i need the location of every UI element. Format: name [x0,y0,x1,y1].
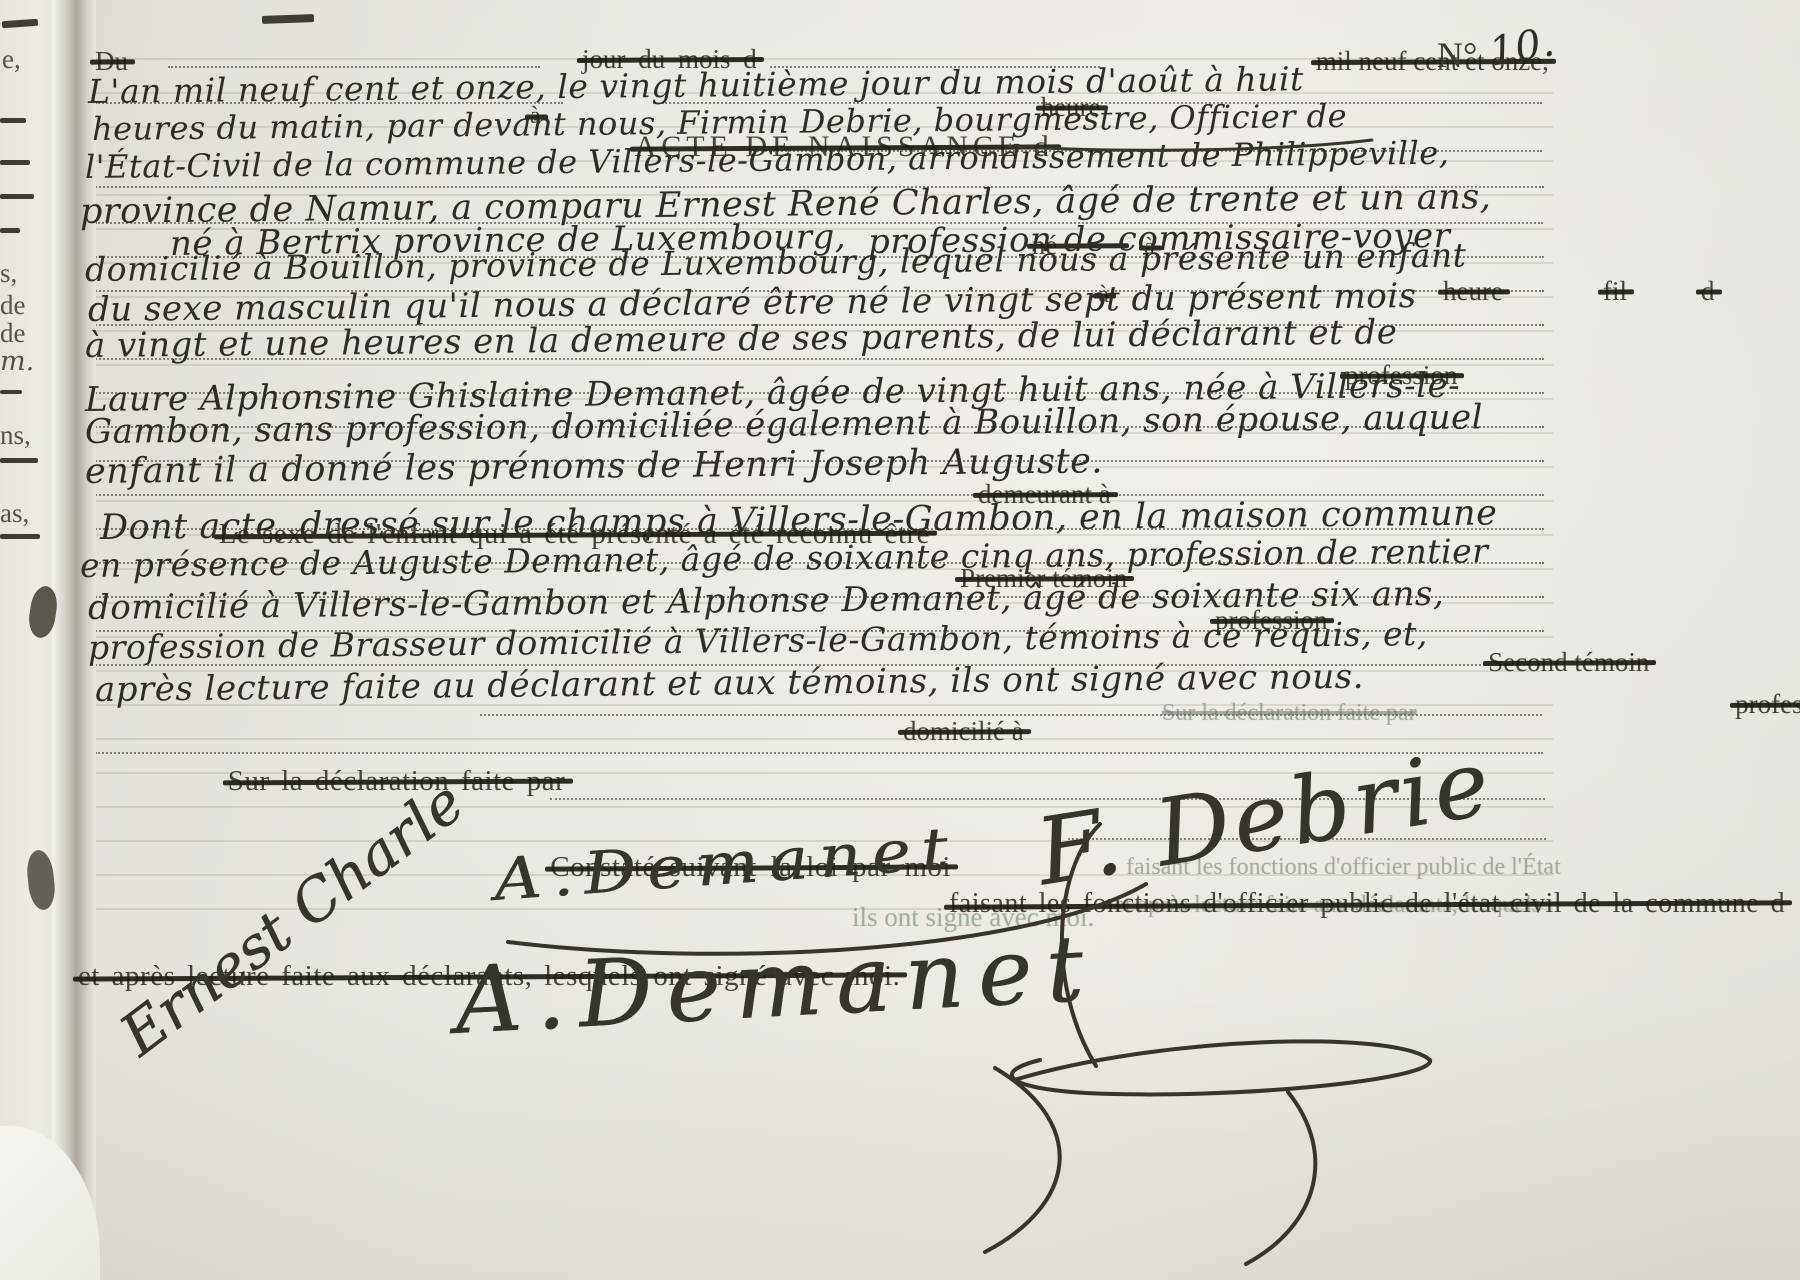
signature-witness-2: A.Demanet [452,914,1099,1054]
strike-fragment [0,194,34,199]
form-label-heure: heure [1443,276,1503,306]
strike-fragment [0,458,38,463]
margin-fragment: de [0,290,25,321]
form-label-d: d [1701,276,1715,306]
strike-fragment [262,14,314,24]
margin-fragment: m. [0,346,34,377]
strike-fragment [0,160,30,165]
strike-fragment [0,390,22,394]
margin-fragment: s, [0,258,17,289]
form-label-profession: profession [1735,689,1800,719]
strike-fragment [0,534,40,539]
form-label-domicilie-a: domicilié à [903,716,1024,746]
margin-fragment: as, [0,498,29,529]
previous-page-edge [0,0,54,1280]
form-label-second-temoin: Second témoin [1488,647,1649,677]
bleedthrough-text: Sur la déclaration faite par [1162,700,1417,727]
scanned-birth-record: Sur la déclaration faite par faisant les… [0,0,1800,1280]
form-line-sur-declaration: Sur la déclaration faite par [228,765,566,797]
strike-fragment [0,228,20,233]
form-label-fil: fil [1603,276,1627,306]
margin-fragment: ns, [0,420,31,451]
margin-fragment: e, [2,44,21,75]
strike-fragment [0,118,26,123]
margin-fragment: de [0,318,25,349]
record-number-label: N° [1437,34,1477,76]
